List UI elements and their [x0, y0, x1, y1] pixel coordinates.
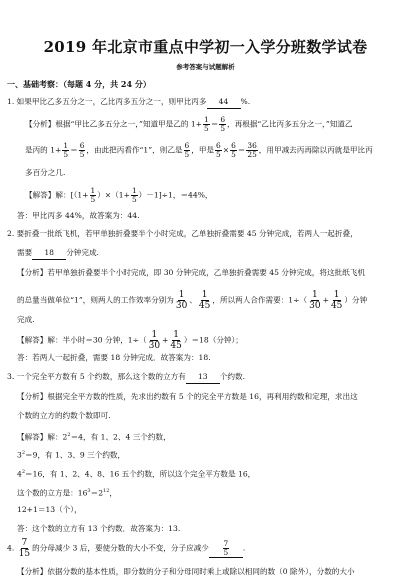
- text: +: [323, 296, 329, 305]
- text: ＝9，有 1、3、9 三个约数，: [25, 451, 125, 460]
- text: 【解答】解：半小时＝30 分钟，1÷（: [17, 336, 147, 345]
- q3-solution-line3: 42＝16，有 1、2、4、8、16 五个约数，所以这个完全平方数是 16，: [17, 466, 255, 481]
- fraction: 3625: [246, 142, 257, 159]
- text: ＝4，有 1、2、4 三个约数，: [71, 433, 171, 442]
- fraction: 130: [308, 290, 321, 311]
- text: ）＝18（分钟）；: [184, 336, 243, 345]
- text: ，用甲减去丙再除以丙就是甲比丙: [259, 146, 373, 155]
- page-title: 2019 年北京市重点中学初一入学分班数学试卷: [0, 36, 411, 57]
- fraction: 75: [223, 540, 230, 557]
- text: ，所以两人合作需要：1÷（: [212, 296, 307, 305]
- text: +: [162, 336, 168, 345]
- q1-analysis-line1: 【分析】根据“甲比乙多五分之一，”知道甲是乙的 1+15＝65，再根据“乙比丙多…: [25, 116, 353, 133]
- q3-solution-line1: 【解答】解：22＝4，有 1、2、4 三个约数，: [17, 429, 171, 444]
- fraction: 65: [219, 116, 226, 133]
- q4-analysis-line1: 【分析】依据分数的基本性质，即分数的分子和分母同时乘上或除以相同的数（0 除外）…: [17, 566, 355, 578]
- q1-final-answer: 答：甲比丙多 44%，故答案为：44.: [17, 210, 140, 222]
- text: .: [243, 544, 245, 553]
- text: ，: [109, 489, 117, 498]
- q3-analysis-line2: 个数的立方的约数个数即可.: [17, 410, 111, 422]
- q1-analysis-line3: 多百分之几.: [25, 167, 65, 179]
- q1-stem-text: 1. 如果甲比乙多五分之一，乙比丙多五分之一，则甲比丙多: [7, 97, 207, 106]
- q3-final-answer: 答：这个数的立方有 13 个约数．故答案为：13.: [17, 523, 180, 535]
- q1-stem: 1. 如果甲比乙多五分之一，乙比丙多五分之一，则甲比丙多44%.: [7, 96, 250, 109]
- fraction: 15: [203, 116, 210, 133]
- fraction: 145: [169, 330, 182, 351]
- text: 3. 一个完全平方数有 5 个约数，那么这个数的立方有: [7, 372, 186, 381]
- q2-analysis-line2: 的总量当做单位“1”，则两人的工作效率分别为130、145，所以两人合作需要：1…: [17, 290, 367, 311]
- q2-solution: 【解答】解：半小时＝30 分钟，1÷（130+145）＝18（分钟）；: [17, 330, 243, 351]
- q2-stem: 2. 要折叠一批纸飞机，若甲单独折叠要半个小时完成，乙单独折叠需要 45 分钟完…: [7, 228, 358, 240]
- text: ）－1]÷1，＝44%，: [139, 191, 213, 200]
- q1-solution: 【解答】解：[（1+15）×（1+15）－1]÷1，＝44%，: [25, 187, 213, 204]
- text: ）×（1+: [97, 191, 130, 200]
- fraction: 65: [184, 142, 191, 159]
- fraction: 15: [90, 187, 97, 204]
- q2-analysis-line1: 【分析】若甲单独折叠要半个小时完成，即 30 分钟完成，乙单独折叠需要 45 分…: [17, 267, 365, 279]
- page-subtitle: 参考答案与试题解析: [0, 62, 411, 71]
- text: ，再根据“乙比丙多五分之一，”知道乙: [227, 120, 352, 129]
- q4-stem: 4. 715的分母减少 3 后，要使分数的大小不变，分子应减少75.: [7, 538, 245, 559]
- q2-final-answer: 答：若两人一起折叠，需要 18 分钟完成．故答案为：18.: [17, 352, 211, 364]
- document-page: 2019 年北京市重点中学初一入学分班数学试卷 参考答案与试题解析 一、基础考察…: [0, 0, 411, 586]
- q1-stem-suffix: %.: [241, 97, 251, 106]
- text: ，甲是: [191, 146, 214, 155]
- text: 【解答】解：2: [17, 433, 67, 442]
- q2-analysis-line3: 完成.: [17, 314, 35, 326]
- text: ，由此把丙看作“1”，则乙是: [86, 146, 182, 155]
- fraction: 15: [62, 142, 69, 159]
- text: 分钟完成.: [66, 248, 99, 257]
- q2-stem-line2: 需要18分钟完成.: [17, 247, 99, 260]
- text: 这个数的立方是：16: [17, 489, 87, 498]
- q3-stem: 3. 一个完全平方数有 5 个约数，那么这个数的立方有13个约数.: [7, 371, 245, 384]
- fraction: 145: [198, 290, 211, 311]
- fraction: 65: [230, 142, 237, 159]
- text: ）分钟: [344, 296, 367, 305]
- text: 的总量当做单位“1”，则两人的工作效率分别为: [17, 296, 174, 305]
- fraction: 715: [18, 538, 31, 559]
- q3-solution-line4: 这个数的立方是：163＝212，: [17, 485, 117, 500]
- q3-solution-line2: 32＝9，有 1、3、9 三个约数，: [17, 447, 125, 462]
- section-header: 一、基础考察：（每题 4 分，共 24 分）: [7, 79, 151, 90]
- fraction: 130: [148, 330, 161, 351]
- fraction: 130: [175, 290, 188, 311]
- text: ＝2: [91, 489, 103, 498]
- q3-answer-blank: 13: [186, 371, 220, 384]
- q1-answer-blank: 44: [207, 96, 241, 109]
- text: 个约数.: [220, 372, 245, 381]
- text: ＝16，有 1、2、4、8、16 五个约数，所以这个完全平方数是 16，: [25, 470, 255, 479]
- text: 、: [189, 296, 197, 305]
- text: 4.: [7, 544, 14, 553]
- fraction: 65: [215, 142, 222, 159]
- text: 【分析】根据“甲比乙多五分之一，”知道甲是乙的 1+: [25, 120, 202, 129]
- q4-answer-blank: 75: [209, 540, 243, 558]
- q3-solution-line5: 12+1＝13（个），: [17, 504, 82, 516]
- fraction: 15: [131, 187, 138, 204]
- q1-analysis-line2: 是丙的 1+15＝65，由此把丙看作“1”，则乙是65，甲是65×65＝3625…: [25, 142, 373, 159]
- q3-analysis-line1: 【分析】根据完全平方数的性质，先求出约数有 5 个的完全平方数是 16，再利用约…: [17, 391, 358, 403]
- text: 是丙的 1+: [25, 146, 61, 155]
- q2-answer-blank: 18: [32, 247, 66, 260]
- fraction: 65: [79, 142, 86, 159]
- fraction: 145: [330, 290, 343, 311]
- text: 的分母减少 3 后，要使分数的大小不变，分子应减少: [32, 544, 209, 553]
- text: 需要: [17, 248, 32, 257]
- text: 【解答】解：[（1+: [25, 191, 89, 200]
